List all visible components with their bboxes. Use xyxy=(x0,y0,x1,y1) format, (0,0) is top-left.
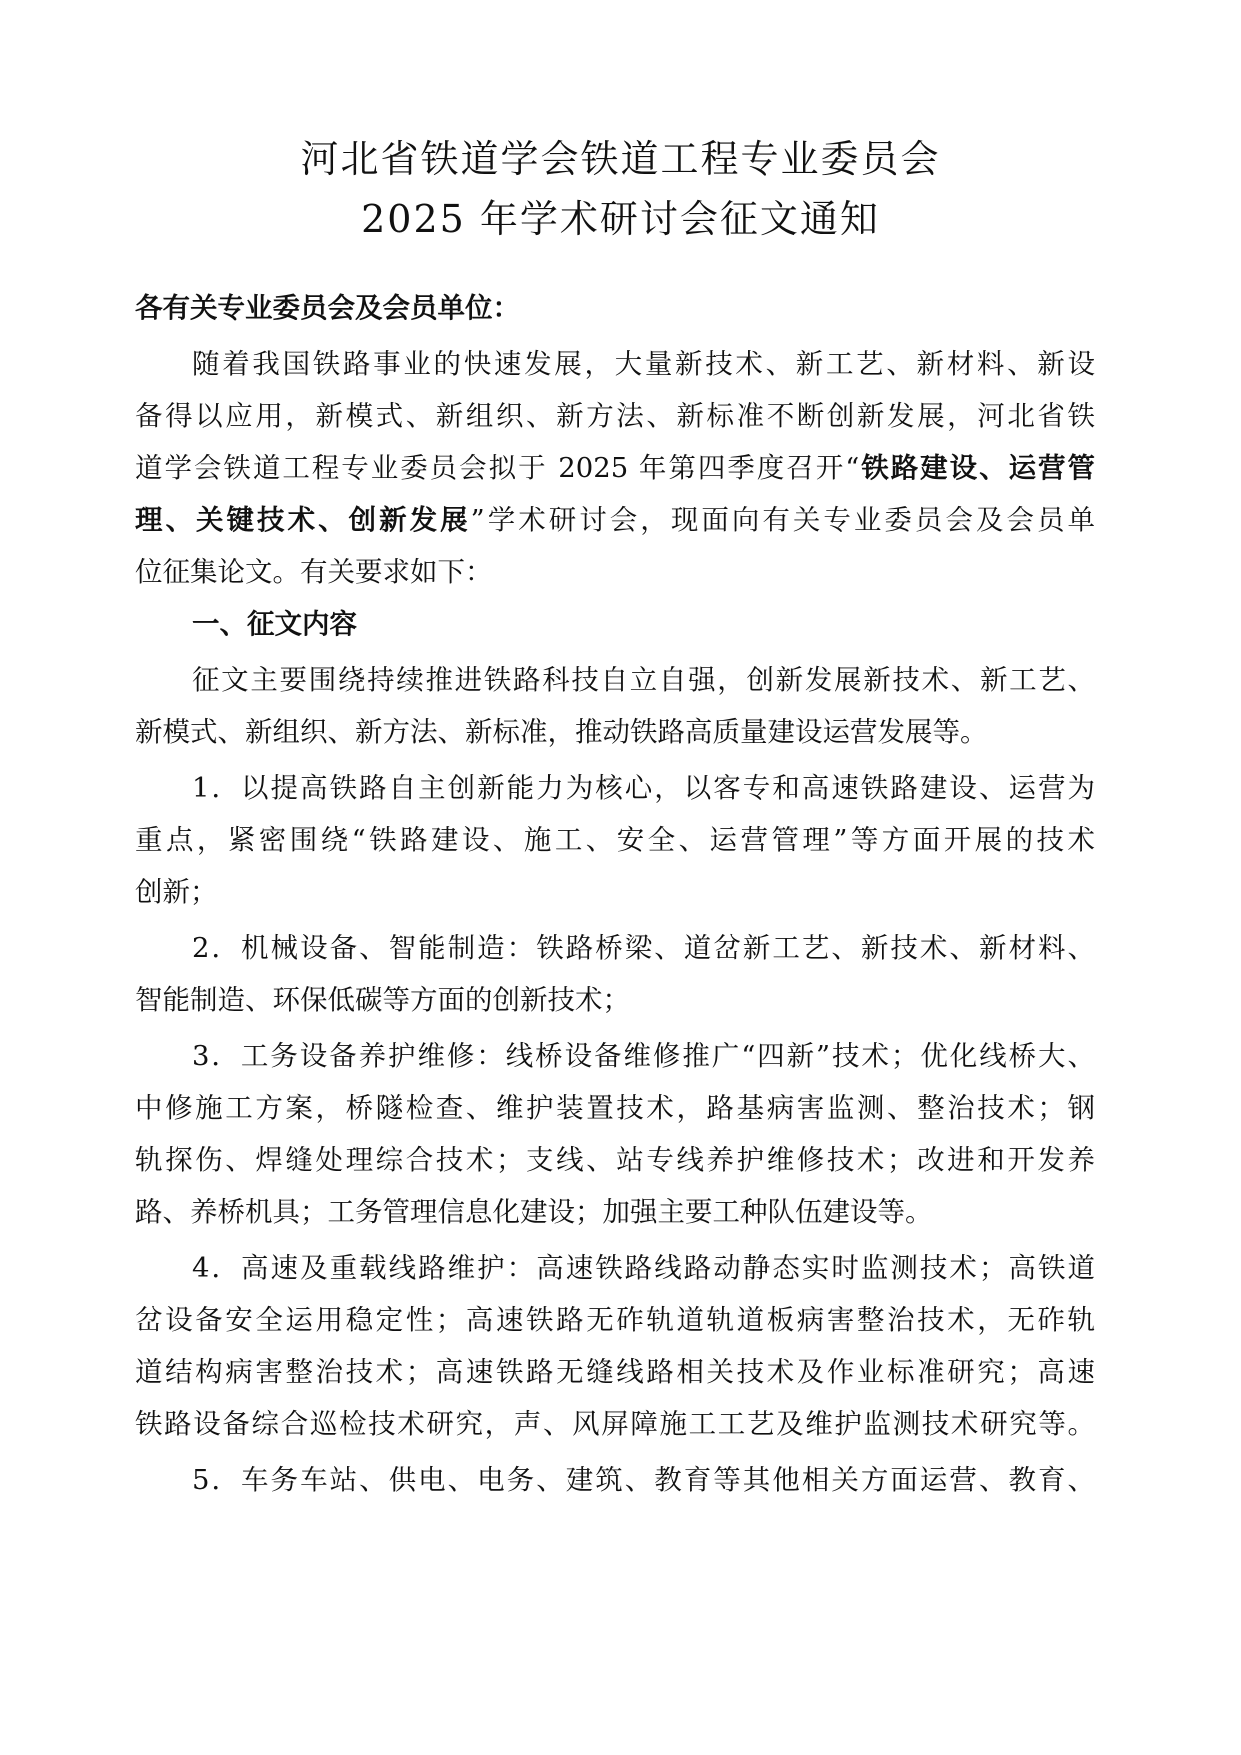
salutation: 各有关专业委员会及会员单位： xyxy=(135,282,1095,334)
theme-text: 理、关键技术、创新发展 xyxy=(135,504,471,536)
section-paragraph-line: 征文主要围绕持续推进铁路科技自立自强，创新发展新技术、新工艺、 xyxy=(192,654,1095,706)
intro-text: ”学术研讨会，现面向有关专业委员会及会员单 xyxy=(471,504,1095,536)
document-title-line1: 河北省铁道学会铁道工程专业委员会 xyxy=(0,133,1241,185)
list-item-line: 4．高速及重载线路维护：高速铁路线路动静态实时监测技术；高铁道 xyxy=(192,1242,1095,1294)
list-item-line: 道结构病害整治技术；高速铁路无缝线路相关技术及作业标准研究；高速 xyxy=(135,1346,1095,1398)
document-title-line2: 2025 年学术研讨会征文通知 xyxy=(0,193,1241,245)
list-item-line: 创新； xyxy=(135,866,1095,918)
list-item-line: 5．车务车站、供电、电务、建筑、教育等其他相关方面运营、教育、 xyxy=(192,1454,1095,1506)
list-item-line: 铁路设备综合巡检技术研究，声、风屏障施工工艺及维护监测技术研究等。 xyxy=(135,1398,1095,1450)
theme-text: 铁路建设、运营管 xyxy=(859,452,1095,484)
intro-line: 理、关键技术、创新发展”学术研讨会，现面向有关专业委员会及会员单 xyxy=(135,494,1095,546)
list-item-line: 重点，紧密围绕“铁路建设、施工、安全、运营管理”等方面开展的技术 xyxy=(135,814,1095,866)
list-item-line: 轨探伤、焊缝处理综合技术；支线、站专线养护维修技术；改进和开发养 xyxy=(135,1134,1095,1186)
intro-text: 道学会铁道工程专业委员会拟于 2025 年第四季度召开“ xyxy=(135,452,859,484)
intro-line: 备得以应用，新模式、新组织、新方法、新标准不断创新发展，河北省铁 xyxy=(135,390,1095,442)
intro-line: 位征集论文。有关要求如下： xyxy=(135,546,1095,598)
list-item-line: 2．机械设备、智能制造：铁路桥梁、道岔新工艺、新技术、新材料、 xyxy=(192,922,1095,974)
section-paragraph-line: 新模式、新组织、新方法、新标准，推动铁路高质量建设运营发展等。 xyxy=(135,706,1095,758)
list-item-line: 1．以提高铁路自主创新能力为核心，以客专和高速铁路建设、运营为 xyxy=(192,762,1095,814)
list-item-line: 岔设备安全运用稳定性；高速铁路无砟轨道轨道板病害整治技术，无砟轨 xyxy=(135,1294,1095,1346)
list-item-line: 智能制造、环保低碳等方面的创新技术； xyxy=(135,974,1095,1026)
list-item-line: 路、养桥机具；工务管理信息化建设；加强主要工种队伍建设等。 xyxy=(135,1186,1095,1238)
list-item-line: 3．工务设备养护维修：线桥设备维修推广“四新”技术；优化线桥大、 xyxy=(192,1030,1095,1082)
list-item-line: 中修施工方案，桥隧检查、维护装置技术，路基病害监测、整治技术；钢 xyxy=(135,1082,1095,1134)
section-heading: 一、征文内容 xyxy=(192,598,1095,650)
intro-line: 随着我国铁路事业的快速发展，大量新技术、新工艺、新材料、新设 xyxy=(192,338,1095,390)
intro-line: 道学会铁道工程专业委员会拟于 2025 年第四季度召开“铁路建设、运营管 xyxy=(135,442,1095,494)
